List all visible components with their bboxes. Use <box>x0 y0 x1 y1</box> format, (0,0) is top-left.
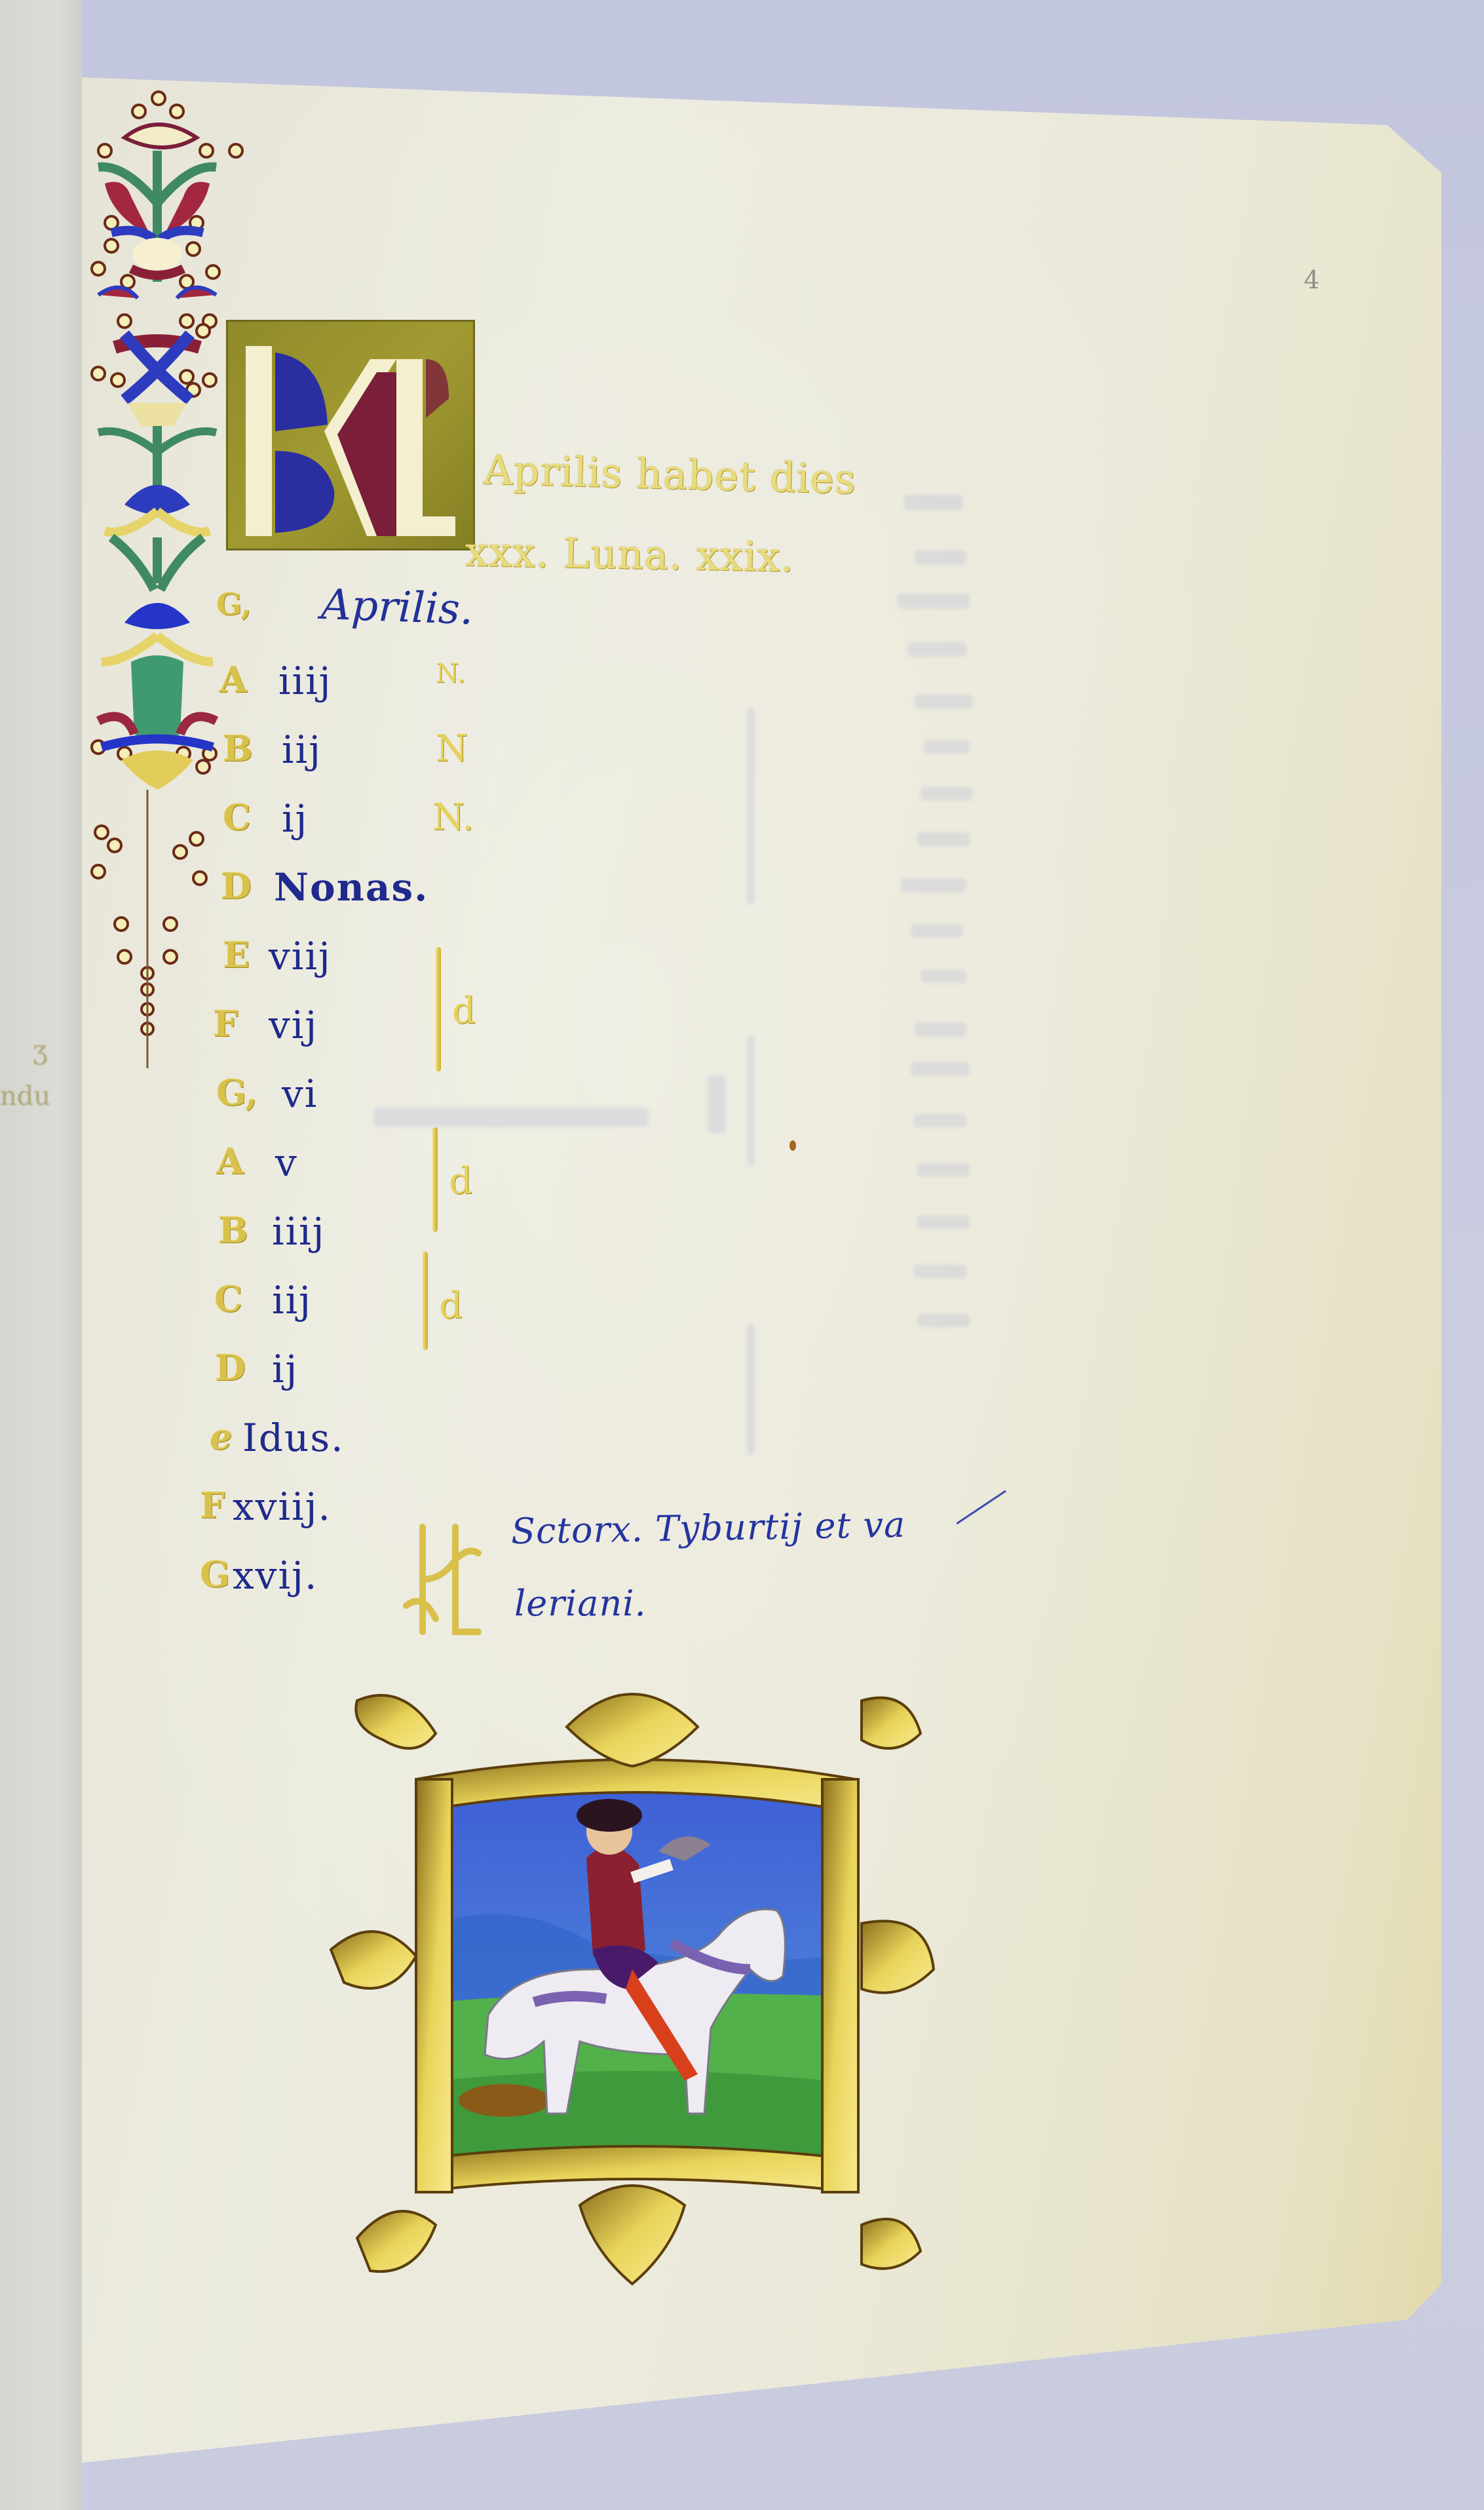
calendar-row: D ij <box>0 1347 1048 1412</box>
calendar-row: B iiij <box>0 1209 1048 1275</box>
calendar-row: A v <box>0 1140 1048 1206</box>
gold-mark-d: d <box>449 1160 472 1203</box>
day-number: viij <box>269 934 332 978</box>
dominical-letter: C <box>214 1278 242 1320</box>
calendar-row: C iij <box>0 1278 1048 1343</box>
calendar-row: A iiij N. <box>0 659 1048 724</box>
day-number: Nonas. <box>274 865 428 910</box>
dominical-letter: A <box>219 659 247 701</box>
feast-line-2: leriani. <box>514 1583 647 1624</box>
miniature-art <box>318 1661 947 2304</box>
dominical-letter: D <box>221 865 252 907</box>
calendar-row: F vij <box>0 1003 1048 1068</box>
dominical-letter: B <box>223 727 253 769</box>
calendar-dominical-letter: G, <box>216 587 252 622</box>
day-number: ij <box>272 1347 299 1391</box>
dominical-letter: C <box>223 796 251 838</box>
dominical-letter: e <box>210 1416 232 1458</box>
dominical-letter: G <box>200 1553 230 1595</box>
dominical-letter: E <box>223 934 250 976</box>
gold-mark: N. <box>432 796 474 839</box>
gold-mark: N. <box>436 659 465 689</box>
page-number: 4 <box>1304 265 1320 294</box>
day-number: xviij. <box>233 1484 332 1529</box>
day-number: iij <box>282 727 322 772</box>
day-number: Idus. <box>242 1416 345 1460</box>
illuminated-initial <box>226 320 475 550</box>
dominical-letter: F <box>213 1003 238 1045</box>
day-number: vi <box>282 1072 318 1116</box>
calendar-row: E viij <box>0 934 1048 999</box>
dominical-letter: B <box>218 1209 248 1251</box>
calendar-row: e Idus. <box>0 1416 1048 1481</box>
calendar-row: B iij N <box>0 727 1048 793</box>
calendar-row: D Nonas. <box>0 865 1048 931</box>
feast-line-1: Sctorx. Tyburtij et va <box>510 1504 905 1552</box>
gold-bracket <box>423 1252 428 1350</box>
initial-kl-art <box>239 346 462 536</box>
gold-mark: N <box>436 727 468 770</box>
calendar-row: G, vi <box>0 1072 1048 1137</box>
day-number: iiij <box>278 659 332 703</box>
day-number: xvij. <box>233 1553 318 1598</box>
dominical-letter: A <box>216 1140 244 1182</box>
day-number: v <box>275 1140 298 1185</box>
calendar-row: C ij N. <box>0 796 1048 862</box>
day-number: iiij <box>272 1209 326 1254</box>
header-line-1: Aprilis habet dies <box>483 446 857 503</box>
pen-stroke <box>957 1488 1009 1527</box>
day-number: ij <box>282 796 309 841</box>
day-number: iij <box>272 1278 312 1323</box>
dominical-letter: F <box>200 1484 225 1526</box>
dominical-letter: D <box>215 1347 246 1389</box>
miniature-illustration <box>318 1661 947 2304</box>
gold-kl-mark <box>403 1520 482 1638</box>
day-number: vij <box>269 1003 318 1047</box>
dominical-letter: G, <box>216 1072 257 1113</box>
header-line-2: xxx. Luna. xxix. <box>465 528 794 581</box>
gold-mark-d: d <box>439 1284 463 1327</box>
calendar-month-label: Aprilis. <box>320 581 474 634</box>
